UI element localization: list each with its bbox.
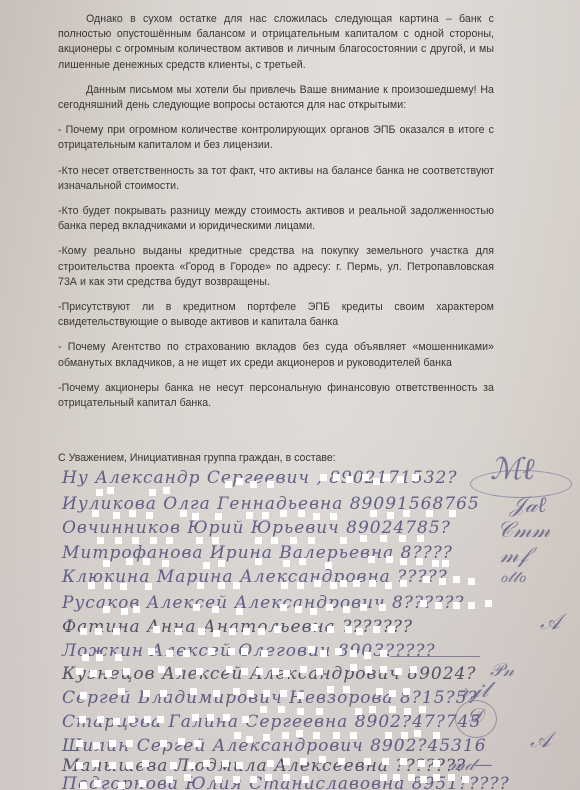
signature-scribble-7: 𝒫𝓃 [490, 660, 514, 681]
signature-scribble-6: 𝒜 [540, 610, 561, 635]
strike-line [390, 656, 480, 657]
document-photo: Однако в сухом остатке для нас сложилась… [0, 0, 580, 790]
signature-scribble-5: ℴ𝓉𝓉ℴ [500, 567, 526, 587]
question-2: -Кто несет ответственность за тот факт, … [58, 164, 494, 194]
paragraph-summary: Однако в сухом остатке для нас сложилась… [58, 12, 494, 73]
question-6: - Почему Агентство по страхованию вкладо… [58, 340, 494, 370]
signature-row-1: Ну Александр Сергеевич , 8902171532? [62, 468, 532, 488]
question-4: -Кому реально выданы кредитные средства … [58, 244, 494, 290]
signature-scribble-11: 𝓂𝒹— [450, 754, 492, 775]
signature-row-3: Овчинников Юрий Юрьевич 89024785? [62, 518, 532, 538]
question-7: -Почему акционеры банка не несут персона… [58, 381, 494, 411]
signature-scribble-9: 𝒟 [467, 703, 483, 727]
signature-scribble-2: 𝒥𝒶ℓ [510, 492, 546, 518]
question-1: - Почему при огромном количестве контрол… [58, 123, 494, 153]
closing-line: С Уважением, Инициативная группа граждан… [58, 451, 336, 465]
signature-row-8: Ложкин Алексей Олегович 8903????? [62, 641, 532, 661]
letter-body: Однако в сухом остатке для нас сложилась… [58, 12, 494, 421]
question-5: -Присутствуют ли в кредитном портфеле ЭП… [58, 300, 494, 330]
paragraph-appeal: Данным письмом мы хотели бы привлечь Ваш… [58, 83, 494, 113]
signature-scribble-10: 𝒜 [530, 728, 551, 753]
question-3: -Кто будет покрывать разницу между стоим… [58, 204, 494, 234]
signature-row-7: Фатина Анна Анатольевна ??????? [62, 617, 532, 637]
signature-scribble-3: 𝒞𝓂𝓂 [497, 518, 550, 543]
signature-scribble-4: 𝓂𝒻 [500, 543, 529, 568]
